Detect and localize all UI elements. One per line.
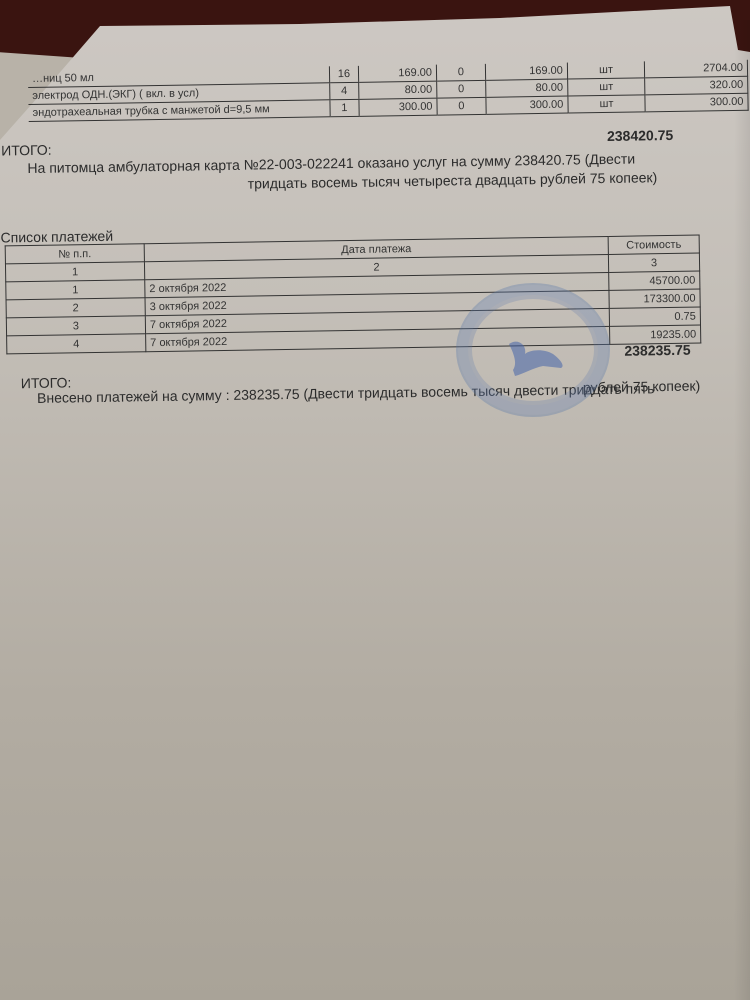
payments-summary-line1: Внесено платежей на сумму : 238235.75 (Д… [37,379,655,408]
payments-summary-line2: рублей 75 копеек) [583,377,701,398]
services-table: …ниц 50 мл 16 169.00 0 169.00 шт 2704.00… [28,60,749,122]
header-amount: Стоимость [608,235,699,254]
services-total-value: 238420.75 [607,127,673,144]
item-name: эндотрахеальная трубка с манжетой d=9,5 … [28,100,330,122]
payments-total-value: 238235.75 [624,342,690,359]
services-total-label: ИТОГО: [1,142,52,159]
payments-title: Список платежей [0,228,113,246]
document-content: …ниц 50 мл 16 169.00 0 169.00 шт 2704.00… [0,0,750,1000]
payments-table: № п.п. Дата платежа Стоимость 1 2 3 1 2 … [5,235,702,355]
header-num: № п.п. [5,244,144,264]
